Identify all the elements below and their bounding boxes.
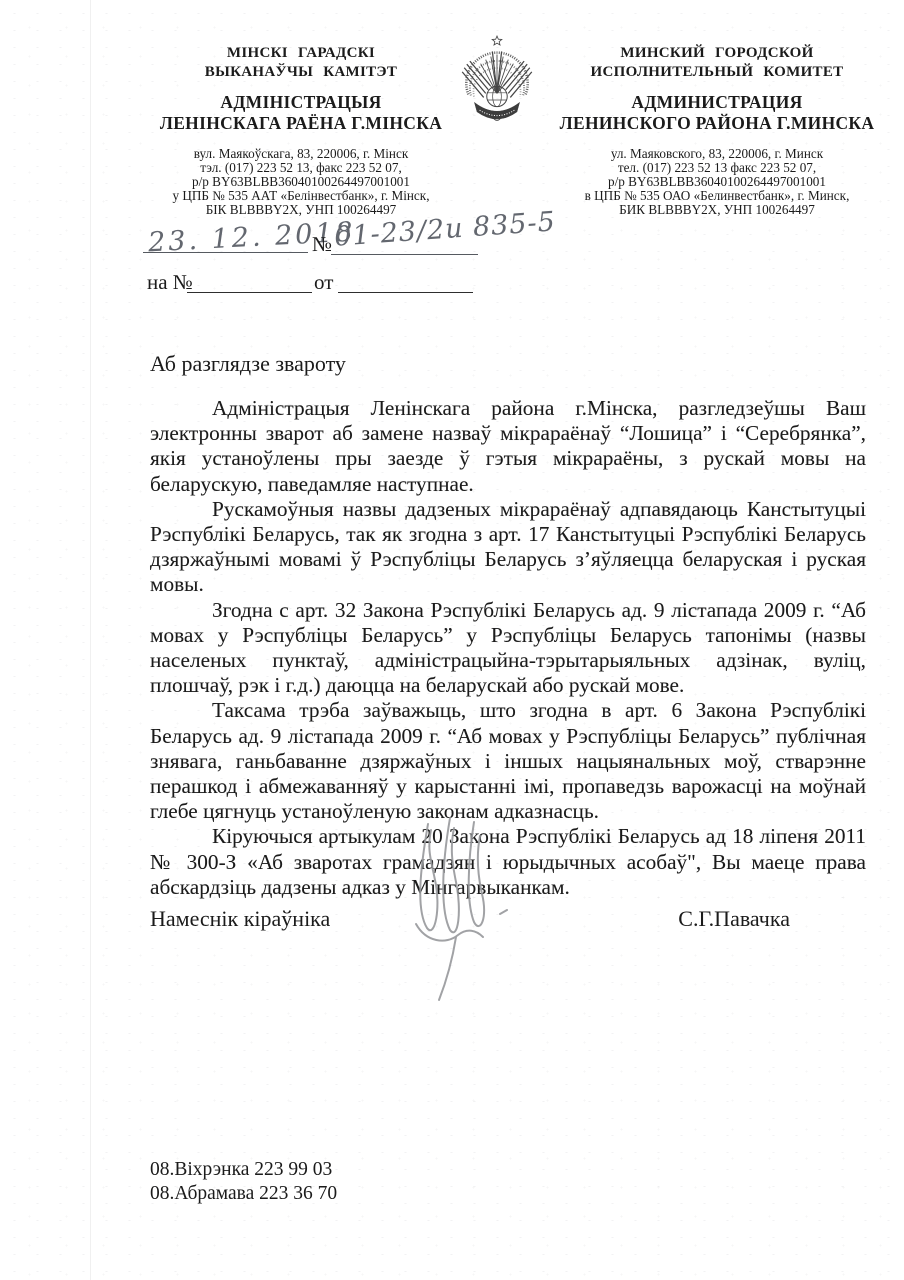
address-line: у ЦПБ № 535 ААТ «Белінвестбанк», г. Мінс… <box>140 189 462 203</box>
org-name-line: ВЫКАНАЎЧЫ КАМІТЭТ <box>140 63 462 82</box>
incoming-number-underline <box>187 292 312 293</box>
address-block: ул. Маяковского, 83, 220006, г. Минск те… <box>552 147 882 217</box>
body-paragraph: Згодна с арт. 32 Закона Рэспублікі Белар… <box>150 598 866 699</box>
administration-name-line: АДМІНІСТРАЦЫЯ <box>140 92 462 113</box>
address-line: р/р BY63BLBB36040100264497001001 <box>140 175 462 189</box>
signatory-name: С.Г.Павачка <box>678 906 790 932</box>
org-name-line: МИНСКИЙ ГОРОДСКОЙ <box>552 44 882 63</box>
address-line: тэл. (017) 223 52 13, факс 223 52 07, <box>140 161 462 175</box>
scanned-letter-page: МІНСКІ ГАРАДСКІ ВЫКАНАЎЧЫ КАМІТЭТ АДМІНІ… <box>0 0 904 1280</box>
incoming-from-label: от <box>314 270 333 295</box>
subject-line: Аб разглядзе звароту <box>150 351 346 377</box>
signature-row: Намеснік кіраўніка С.Г.Павачка <box>150 906 866 932</box>
signatory-title: Намеснік кіраўніка <box>150 906 330 932</box>
body-paragraph: Адміністрацыя Ленінскага района г.Мінска… <box>150 396 866 497</box>
date-underline <box>143 252 308 253</box>
administration-name: АДМИНИСТРАЦИЯ ЛЕНИНСКОГО РАЙОНА Г.МИНСКА <box>552 92 882 134</box>
address-line: БИК BLBBBY2X, УНП 100264497 <box>552 203 882 217</box>
footer-contact-line: 08.Абрамава 223 36 70 <box>150 1182 337 1206</box>
administration-name: АДМІНІСТРАЦЫЯ ЛЕНІНСКАГА РАЁНА Г.МІНСКА <box>140 92 462 134</box>
incoming-date-underline <box>338 292 473 293</box>
address-line: р/р BY63BLBB36040100264497001001 <box>552 175 882 189</box>
org-name-line: ИСПОЛНИТЕЛЬНЫЙ КОМИТЕТ <box>552 63 882 82</box>
administration-name-line: АДМИНИСТРАЦИЯ <box>552 92 882 113</box>
address-block: вул. Маякоўскага, 83, 220006, г. Мінск т… <box>140 147 462 217</box>
belarus-coat-of-arms-icon <box>457 34 537 122</box>
number-underline <box>331 254 478 255</box>
executor-contacts: 08.Віхрэнка 223 99 03 08.Абрамава 223 36… <box>150 1158 337 1206</box>
address-line: тел. (017) 223 52 13 факс 223 52 07, <box>552 161 882 175</box>
letterhead-belarusian: МІНСКІ ГАРАДСКІ ВЫКАНАЎЧЫ КАМІТЭТ АДМІНІ… <box>140 44 462 217</box>
body-paragraph: Рускамоўныя назвы дадзеных мікрараёнаў а… <box>150 497 866 598</box>
footer-contact-line: 08.Віхрэнка 223 99 03 <box>150 1158 337 1182</box>
body-paragraph: Таксама трэба заўважыць, што згодна в ар… <box>150 698 866 824</box>
administration-name-line: ЛЕНИНСКОГО РАЙОНА Г.МИНСКА <box>552 113 882 134</box>
address-line: вул. Маякоўскага, 83, 220006, г. Мінск <box>140 147 462 161</box>
address-line: БІК BLBBBY2X, УНП 100264497 <box>140 203 462 217</box>
address-line: в ЦПБ № 535 ОАО «Белинвестбанк», г. Минс… <box>552 189 882 203</box>
org-name-line: МІНСКІ ГАРАДСКІ <box>140 44 462 63</box>
scan-fold-line <box>90 0 91 1280</box>
incoming-number-label: на № <box>147 270 193 295</box>
letterhead-russian: МИНСКИЙ ГОРОДСКОЙ ИСПОЛНИТЕЛЬНЫЙ КОМИТЕТ… <box>552 44 882 217</box>
address-line: ул. Маяковского, 83, 220006, г. Минск <box>552 147 882 161</box>
administration-name-line: ЛЕНІНСКАГА РАЁНА Г.МІНСКА <box>140 113 462 134</box>
outgoing-number-label: № <box>312 232 332 257</box>
